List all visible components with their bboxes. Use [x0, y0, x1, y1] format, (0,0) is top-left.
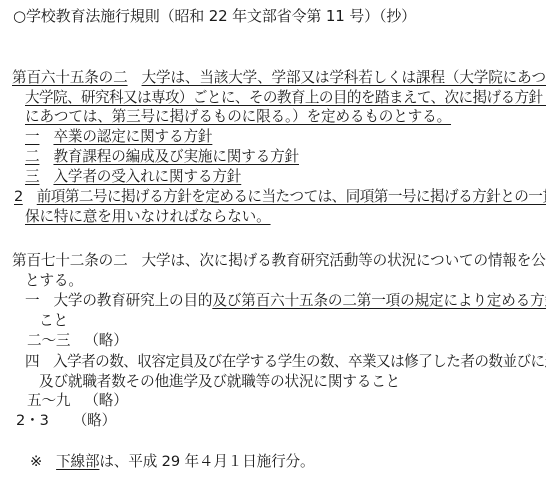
item-text: 教育課程の編成及び実施に関する方針 — [53, 148, 299, 165]
article-165-2-line-2: 大学院、研究科又は専攻）ごとに、その教育上の目的を踏まえて、次に掲げる方針（大学… — [25, 88, 546, 108]
note-mark: ※ — [30, 453, 42, 470]
note-underlined-label: 下線部 — [56, 453, 99, 470]
article-text: 大学は、次に掲げる教育研究活動等の状況についての情報を公表するもの — [142, 252, 546, 269]
article-heading: 第百六十五条の二 — [12, 69, 128, 86]
article-165-2-item-2: 二教育課程の編成及び実施に関する方針 — [25, 147, 299, 167]
article-172-2-paragraphs-2-3: 2・3（略） — [16, 411, 116, 431]
article-172-2-item-4-cont: 及び就職者数その他進学及び就職等の状況に関すること — [39, 372, 400, 392]
item-text: 入学者の受入れに関する方針 — [53, 168, 241, 185]
article-165-2-item-1: 一卒業の認定に関する方針 — [25, 127, 212, 147]
article-165-2-line-1: 第百六十五条の二大学は、当該大学、学部又は学科若しくは課程（大学院にあつては、当… — [12, 68, 546, 88]
article-165-2-line-3: にあつては、第三号に掲げるものに限る。）を定めるものとする。 — [25, 107, 451, 127]
paragraph-number: 2・3 — [16, 412, 49, 429]
article-172-2-item-1: 一大学の教育研究上の目的及び第百六十五条の二第一項の規定により定める方針に関する — [25, 291, 546, 311]
item-text: 卒業の認定に関する方針 — [53, 128, 212, 145]
article-172-2-item-4: 四入学者の数、収容定員及び在学する学生の数、卒業又は修了した者の数並びに進学者数 — [25, 352, 546, 372]
article-165-2-paragraph-2: 2前項第二号に掲げる方針を定めるに当たつては、同項第一号に掲げる方針との一貫性の… — [14, 187, 546, 207]
paragraph-text: 前項第二号に掲げる方針を定めるに当たつては、同項第一号に掲げる方針との一貫性の確 — [37, 188, 546, 205]
item-number: 四 — [25, 353, 39, 370]
paragraph-text: （略） — [73, 412, 116, 429]
paragraph-number: 2 — [14, 188, 23, 205]
item-number: 二 — [25, 148, 39, 165]
article-172-2-items-5-9: 五〜九（略） — [27, 391, 128, 411]
article-172-2-line-1: 第百七十二条の二大学は、次に掲げる教育研究活動等の状況についての情報を公表するも… — [12, 251, 546, 271]
article-heading: 第百七十二条の二 — [12, 252, 128, 269]
article-165-2-paragraph-2-cont: 保に特に意を用いなければならない。 — [25, 207, 271, 227]
note-text: は、平成 29 年４月１日施行分。 — [99, 453, 314, 470]
article-165-2-item-3: 三入学者の受入れに関する方針 — [25, 167, 241, 187]
article-172-2-items-2-3: 二〜三（略） — [27, 331, 128, 351]
item-number: 五〜九 — [27, 392, 70, 409]
item-number: 一 — [25, 292, 39, 309]
item-text: （略） — [84, 332, 127, 349]
item-text: 大学の教育研究上の目的 — [53, 292, 212, 309]
document-title: ○学校教育法施行規則（昭和 22 年文部省令第 11 号）（抄） — [13, 6, 416, 26]
article-text: 大学は、当該大学、学部又は学科若しくは課程（大学院にあつては、当該 — [142, 69, 546, 86]
article-172-2-line-2: とする。 — [25, 271, 83, 291]
article-172-2-item-1-cont: こと — [39, 311, 68, 331]
footnote: ※下線部は、平成 29 年４月１日施行分。 — [30, 452, 314, 472]
item-text: 入学者の数、収容定員及び在学する学生の数、卒業又は修了した者の数並びに進学者数 — [53, 353, 546, 370]
item-number: 二〜三 — [27, 332, 70, 349]
item-number: 三 — [25, 168, 39, 185]
item-text: （略） — [84, 392, 127, 409]
item-text-underlined: 及び第百六十五条の二第一項の規定により定める方針 — [212, 292, 546, 309]
item-number: 一 — [25, 128, 39, 145]
